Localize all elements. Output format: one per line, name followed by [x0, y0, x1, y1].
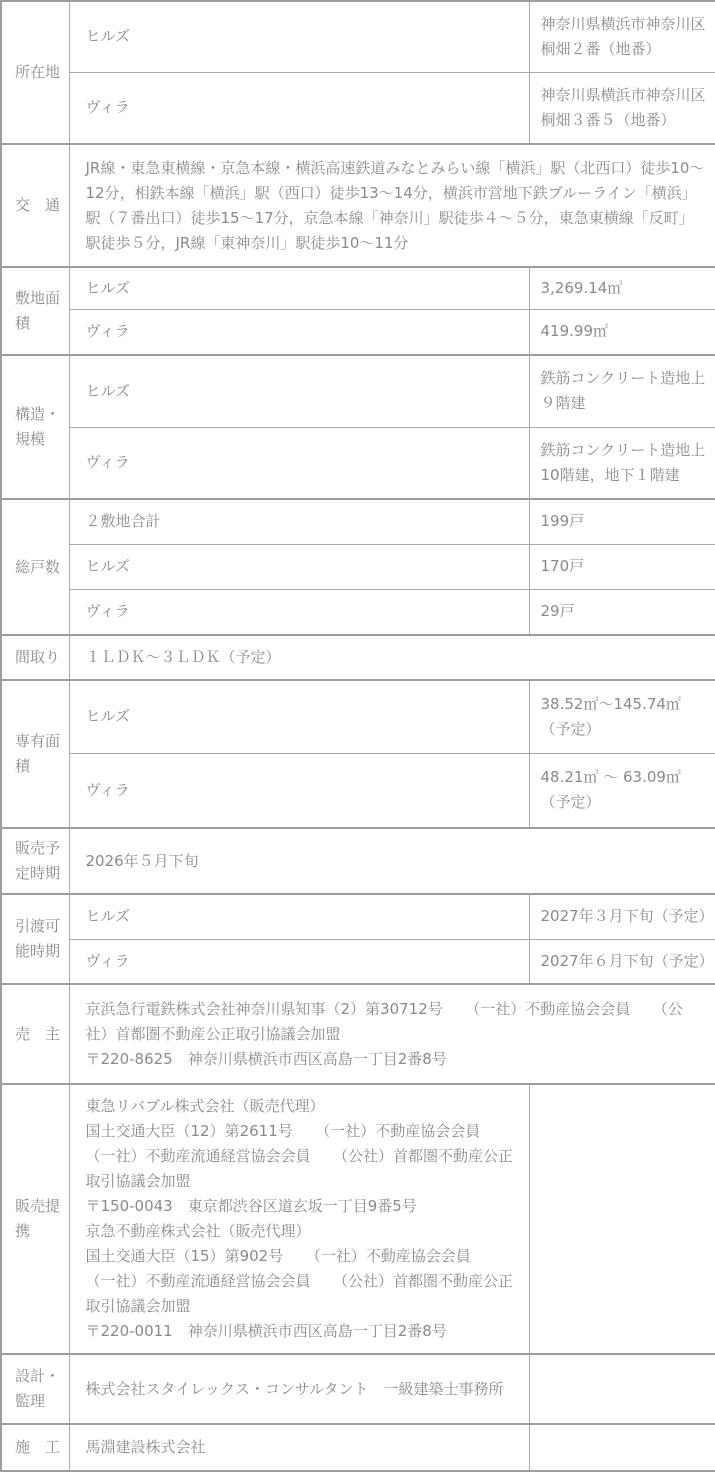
row-label-location: 所在地: [1, 1, 69, 144]
exclusive-area-villa-value: 48.21㎡ ～ 63.09㎡ （予定）: [529, 753, 715, 828]
construction-value: 馬淵建設株式会社: [69, 1424, 529, 1471]
row-label-sales-start: 販売予定時期: [1, 828, 69, 894]
total-units-combined-name: ２敷地合計: [69, 499, 529, 544]
row-label-transportation: 交 通: [1, 144, 69, 267]
site-area-hills-value: 3,269.14㎡: [529, 267, 715, 309]
row-label-site-area: 敷地面積: [1, 267, 69, 355]
total-units-villa-name: ヴィラ: [69, 589, 529, 635]
exclusive-area-villa-name: ヴィラ: [69, 753, 529, 828]
total-units-villa-value: 29戸: [529, 589, 715, 635]
design-supervision-empty-cell: [529, 1354, 715, 1424]
structure-villa-name: ヴィラ: [69, 427, 529, 499]
design-supervision-value: 株式会社スタイレックス・コンサルタント 一級建築士事務所: [69, 1354, 529, 1424]
total-units-hills-name: ヒルズ: [69, 544, 529, 589]
total-units-combined-value: 199戸: [529, 499, 715, 544]
delivery-hills-name: ヒルズ: [69, 894, 529, 939]
exclusive-area-hills-value: 38.52㎡～145.74㎡（予定）: [529, 680, 715, 753]
delivery-villa-value: 2027年６月下旬（予定）: [529, 939, 715, 984]
sales-partner-value: 東急リバブル株式会社（販売代理） 国土交通大臣（12）第2611号 （一社）不動…: [69, 1084, 529, 1354]
property-overview-section: 所在地 ヒルズ 神奈川県横浜市神奈川区桐畑２番（地番） ヴィラ 神奈川県横浜市神…: [0, 0, 715, 1472]
total-units-hills-value: 170戸: [529, 544, 715, 589]
exclusive-area-hills-name: ヒルズ: [69, 680, 529, 753]
row-label-exclusive-area: 専有面積: [1, 680, 69, 828]
row-label-seller: 売 主: [1, 984, 69, 1084]
row-label-design-supervision: 設計・監理: [1, 1354, 69, 1424]
transportation-value: JR線・東急東横線・京急本線・横浜高速鉄道みなとみらい線「横浜」駅（北西口）徒歩…: [69, 144, 715, 267]
site-area-hills-name: ヒルズ: [69, 267, 529, 309]
site-area-villa-name: ヴィラ: [69, 309, 529, 355]
structure-villa-value: 鉄筋コンクリート造地上10階建，地下１階建: [529, 427, 715, 499]
row-label-total-units: 総戸数: [1, 499, 69, 635]
location-hills-name: ヒルズ: [69, 1, 529, 72]
floor-plan-value: １ＬＤＫ～３ＬＤＫ（予定）: [69, 635, 715, 680]
row-label-delivery: 引渡可能時期: [1, 894, 69, 984]
site-area-villa-value: 419.99㎡: [529, 309, 715, 355]
sales-start-value: 2026年５月下旬: [69, 828, 715, 894]
location-villa-value: 神奈川県横浜市神奈川区桐畑３番５（地番）: [529, 72, 715, 144]
seller-value: 京浜急行電鉄株式会社神奈川県知事（2）第30712号 （一社）不動産協会会員 （…: [69, 984, 715, 1084]
delivery-villa-name: ヴィラ: [69, 939, 529, 984]
row-label-construction: 施 工: [1, 1424, 69, 1471]
location-hills-value: 神奈川県横浜市神奈川区桐畑２番（地番）: [529, 1, 715, 72]
structure-hills-name: ヒルズ: [69, 355, 529, 427]
property-info-table: 所在地 ヒルズ 神奈川県横浜市神奈川区桐畑２番（地番） ヴィラ 神奈川県横浜市神…: [0, 0, 715, 1472]
row-label-floor-plan: 間取り: [1, 635, 69, 680]
row-label-sales-partner: 販売提携: [1, 1084, 69, 1354]
sales-partner-empty-cell: [529, 1084, 715, 1354]
structure-hills-value: 鉄筋コンクリート造地上９階建: [529, 355, 715, 427]
location-villa-name: ヴィラ: [69, 72, 529, 144]
row-label-structure: 構造・規模: [1, 355, 69, 499]
delivery-hills-value: 2027年３月下旬（予定）: [529, 894, 715, 939]
construction-empty-cell: [529, 1424, 715, 1471]
